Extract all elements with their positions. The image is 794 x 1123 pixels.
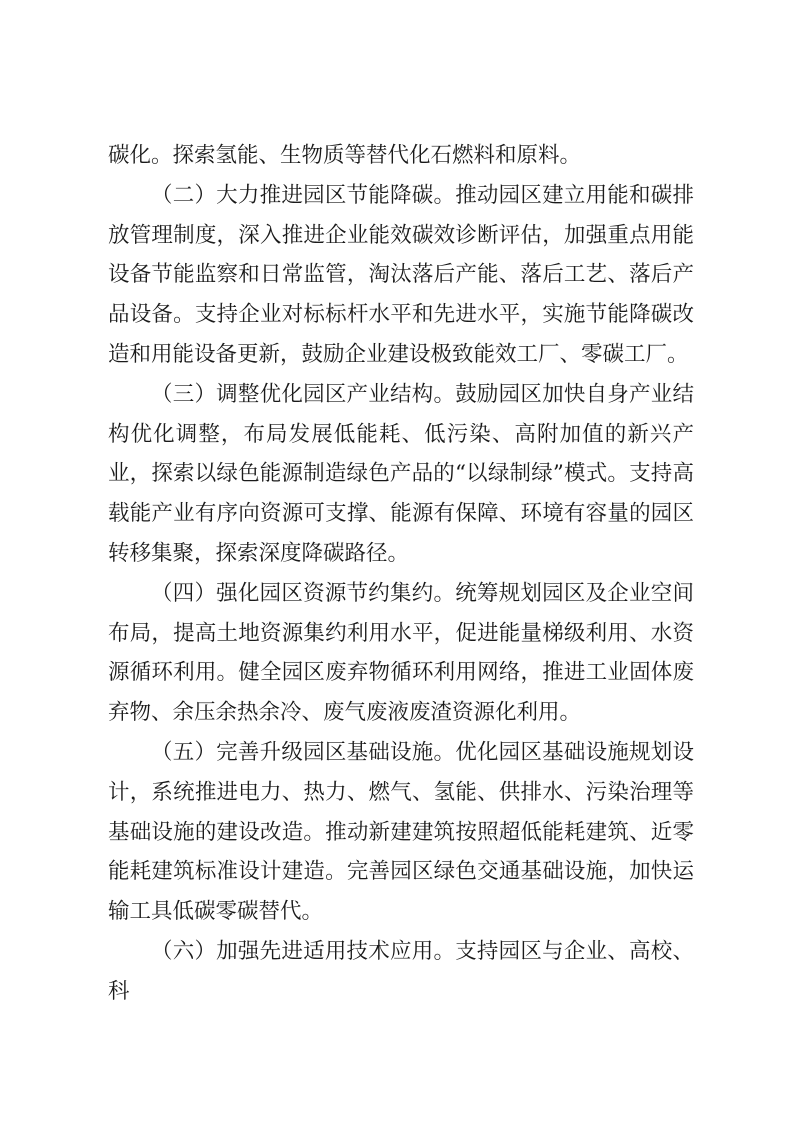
section-heading: （二）大力推进园区节能降碳。 xyxy=(151,183,455,208)
section-heading: （五）完善升级园区基础设施。 xyxy=(151,740,455,765)
paragraph-section-5: （五）完善升级园区基础设施。优化园区基础设施规划设计，系统推进电力、热力、燃气、… xyxy=(108,733,694,932)
paragraph-section-6: （六）加强先进适用技术应用。支持园区与企业、高校、科 xyxy=(108,932,694,1012)
paragraph-section-3: （三）调整优化园区产业结构。鼓励园区加快自身产业结构优化调整，布局发展低能耗、低… xyxy=(108,375,694,574)
section-heading: （六）加强先进适用技术应用。 xyxy=(151,939,455,964)
paragraph-section-2: （二）大力推进园区节能降碳。推动园区建立用能和碳排放管理制度，深入推进企业能效碳… xyxy=(108,176,694,375)
paragraph-text: 优化园区基础设施规划设计，系统推进电力、热力、燃气、氢能、供排水、污染治理等基础… xyxy=(108,740,694,924)
section-heading: （四）强化园区资源节约集约。 xyxy=(151,581,455,606)
section-heading: （三）调整优化园区产业结构。 xyxy=(151,382,455,407)
paragraph-text: 鼓励园区加快自身产业结构优化调整，布局发展低能耗、低污染、高附加值的新兴产业，探… xyxy=(108,382,694,566)
paragraph-section-4: （四）强化园区资源节约集约。统筹规划园区及企业空间布局，提高土地资源集约利用水平… xyxy=(108,574,694,733)
paragraph-text: 推动园区建立用能和碳排放管理制度，深入推进企业能效碳效诊断评估，加强重点用能设备… xyxy=(108,183,694,367)
paragraph-continuation: 碳化。探索氢能、生物质等替代化石燃料和原料。 xyxy=(108,136,694,176)
paragraph-text: 碳化。探索氢能、生物质等替代化石燃料和原料。 xyxy=(108,143,581,168)
document-page: 碳化。探索氢能、生物质等替代化石燃料和原料。 （二）大力推进园区节能降碳。推动园… xyxy=(108,136,694,1012)
